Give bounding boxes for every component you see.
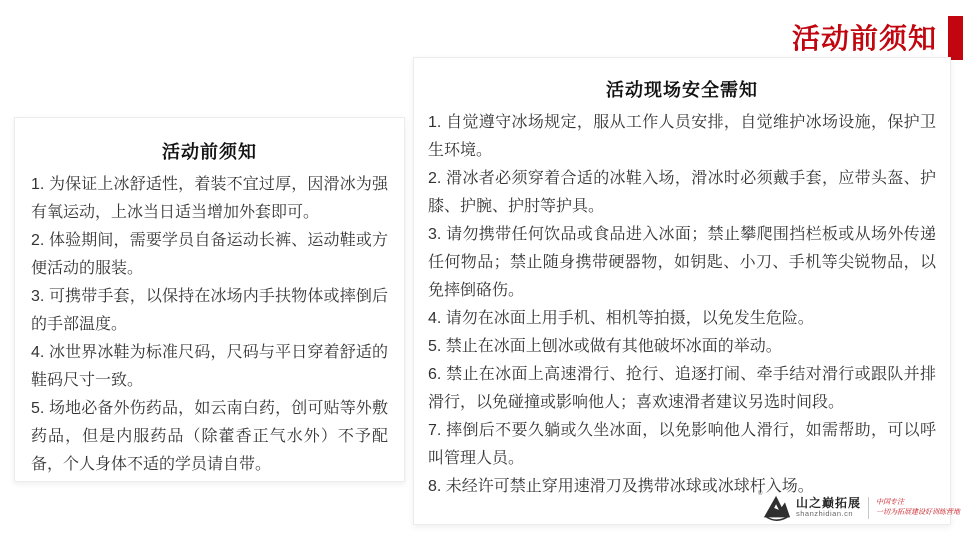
slide-title: 活动前须知 <box>792 17 937 57</box>
list-item: 1. 自觉遵守冰场规定，服从工作人员安排，自觉维护冰场设施，保护卫生环境。 <box>428 109 936 165</box>
right-card-title: 活动现场安全需知 <box>428 76 936 102</box>
list-item: 3. 请勿携带任何饮品或食品进入冰面；禁止攀爬围挡栏板或从场外传递任何物品；禁止… <box>428 221 936 305</box>
logo-tagline-top: 中国专注 <box>876 498 960 508</box>
logo-tagline-bottom: 一切为拓展建设好训练营地 <box>876 508 960 518</box>
left-card-title: 活动前须知 <box>31 138 388 164</box>
logo-divider <box>868 497 869 519</box>
mountain-logo-icon: ® <box>762 493 792 523</box>
list-item: 7. 摔倒后不要久躺或久坐冰面，以免影响他人滑行，如需帮助，可以呼叫管理人员。 <box>428 417 936 473</box>
list-item: 2. 滑冰者必须穿着合适的冰鞋入场，滑冰时必须戴手套，应带头盔、护膝、护腕、护肘… <box>428 165 936 221</box>
registered-mark: ® <box>758 491 762 497</box>
pre-activity-notice-card: 活动前须知 1. 为保证上冰舒适性，着装不宜过厚，因滑冰为强有氧运动，上冰当日适… <box>14 117 405 482</box>
list-item: 6. 禁止在冰面上高速滑行、抢行、追逐打闹、牵手结对滑行或跟队并排滑行，以免碰撞… <box>428 361 936 417</box>
list-item: 4. 冰世界冰鞋为标准尺码，尺码与平日穿着舒适的鞋码尺寸一致。 <box>31 339 388 395</box>
list-item: 5. 场地必备外伤药品，如云南白药，创可贴等外敷药品，但是内服药品（除藿香正气水… <box>31 395 388 479</box>
list-item: 4. 请勿在冰面上用手机、相机等拍摄，以免发生危险。 <box>428 305 936 333</box>
list-item: 1. 为保证上冰舒适性，着装不宜过厚，因滑冰为强有氧运动，上冰当日适当增加外套即… <box>31 171 388 227</box>
list-item: 3. 可携带手套，以保持在冰场内手扶物体或摔倒后的手部温度。 <box>31 283 388 339</box>
mountain-icon <box>762 493 792 523</box>
list-item: 2. 体验期间，需要学员自备运动长裤、运动鞋或方便活动的服装。 <box>31 227 388 283</box>
title-accent-bar <box>948 16 963 60</box>
brand-logo: ® 山之巅拓展 shanzhidian.cn 中国专注 一切为拓展建设好训练营地 <box>762 493 960 523</box>
list-item: 5. 禁止在冰面上刨冰或做有其他破坏冰面的举动。 <box>428 333 936 361</box>
logo-domain: shanzhidian.cn <box>796 510 861 518</box>
safety-notice-card: 活动现场安全需知 1. 自觉遵守冰场规定，服从工作人员安排，自觉维护冰场设施，保… <box>413 57 951 525</box>
